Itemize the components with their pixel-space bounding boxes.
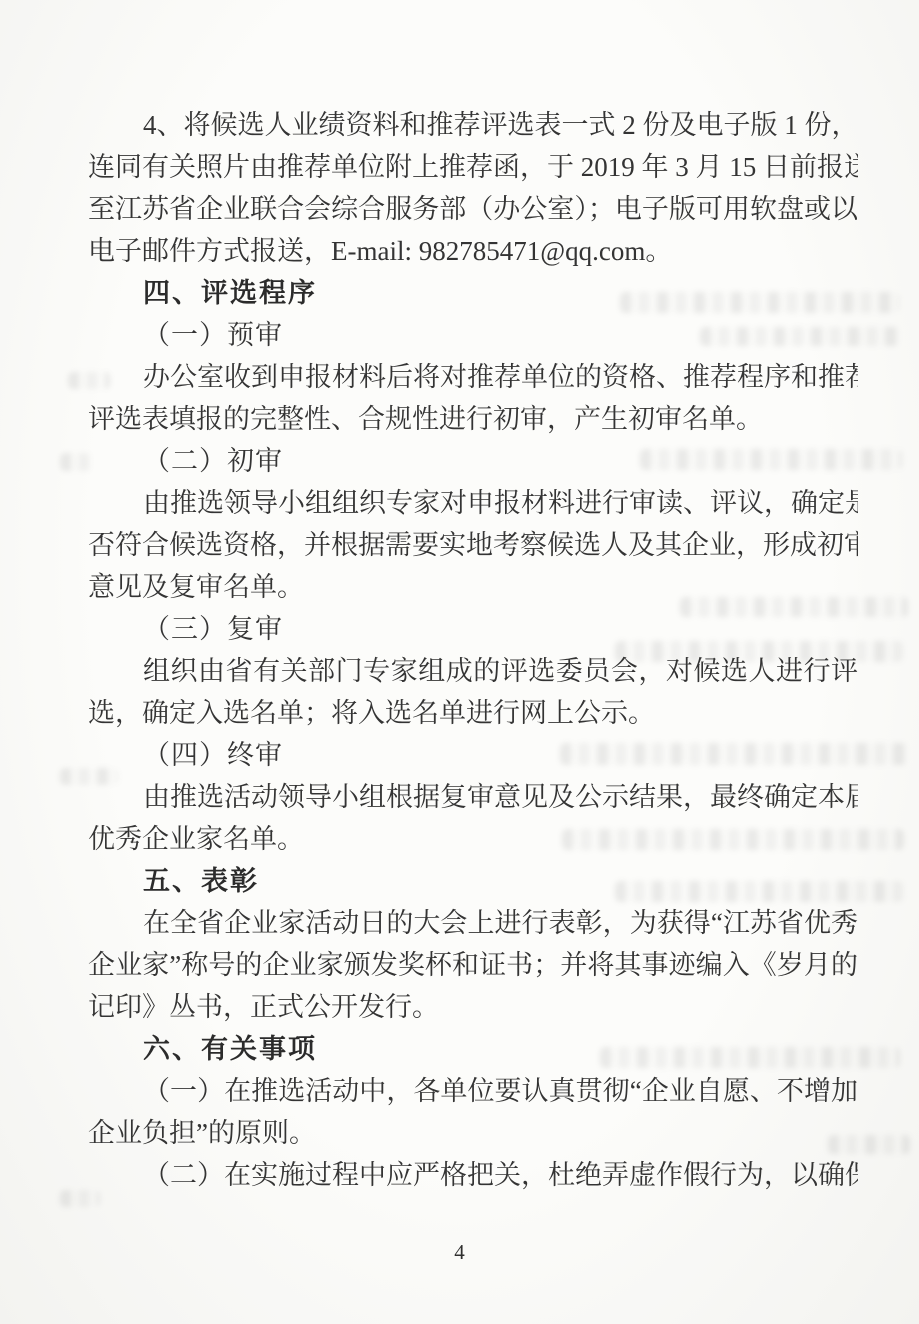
section-heading: 六、有关事项 xyxy=(88,1028,858,1070)
text-line: 评选表填报的完整性、合规性进行初审，产生初审名单。 xyxy=(88,398,858,440)
text-line: 由推选活动领导小组根据复审意见及公示结果，最终确定本届 xyxy=(88,776,858,818)
text-line: 在全省企业家活动日的大会上进行表彰，为获得“江苏省优秀 xyxy=(88,902,858,944)
text-line: 意见及复审名单。 xyxy=(88,566,858,608)
text-line: （二）在实施过程中应严格把关，杜绝弄虚作假行为，以确保 xyxy=(88,1154,858,1196)
subsection-heading: （三）复审 xyxy=(88,608,858,650)
page-number: 4 xyxy=(0,1240,919,1265)
text-line: 记印》丛书，正式公开发行。 xyxy=(88,986,858,1028)
scanned-document-page: 4、将候选人业绩资料和推荐评选表一式 2 份及电子版 1 份，连同有关照片由推荐… xyxy=(0,0,919,1324)
subsection-heading: （二）初审 xyxy=(88,440,858,482)
section-heading: 四、评选程序 xyxy=(88,272,858,314)
section-heading: 五、表彰 xyxy=(88,860,858,902)
text-line: 组织由省有关部门专家组成的评选委员会，对候选人进行评 xyxy=(88,650,858,692)
text-line: 否符合候选资格，并根据需要实地考察候选人及其企业，形成初审 xyxy=(88,524,858,566)
document-lines: 4、将候选人业绩资料和推荐评选表一式 2 份及电子版 1 份，连同有关照片由推荐… xyxy=(88,104,858,1196)
text-line: 企业负担”的原则。 xyxy=(88,1112,858,1154)
text-line: （一）在推选活动中，各单位要认真贯彻“企业自愿、不增加 xyxy=(88,1070,858,1112)
text-line: 企业家”称号的企业家颁发奖杯和证书；并将其事迹编入《岁月的 xyxy=(88,944,858,986)
subsection-heading: （一）预审 xyxy=(88,314,858,356)
text-line: 由推选领导小组组织专家对申报材料进行审读、评议，确定是 xyxy=(88,482,858,524)
subsection-heading: （四）终审 xyxy=(88,734,858,776)
text-line: 4、将候选人业绩资料和推荐评选表一式 2 份及电子版 1 份， xyxy=(88,104,858,146)
text-line: 至江苏省企业联合会综合服务部（办公室）；电子版可用软盘或以 xyxy=(88,188,858,230)
text-line: 连同有关照片由推荐单位附上推荐函，于 2019 年 3 月 15 日前报送 xyxy=(88,146,858,188)
text-line: 办公室收到申报材料后将对推荐单位的资格、推荐程序和推荐 xyxy=(88,356,858,398)
bleed-through-mark xyxy=(60,453,90,471)
text-line: 优秀企业家名单。 xyxy=(88,818,858,860)
text-line: 选，确定入选名单；将入选名单进行网上公示。 xyxy=(88,692,858,734)
text-line: 电子邮件方式报送，E-mail: 982785471@qq.com。 xyxy=(88,230,858,272)
